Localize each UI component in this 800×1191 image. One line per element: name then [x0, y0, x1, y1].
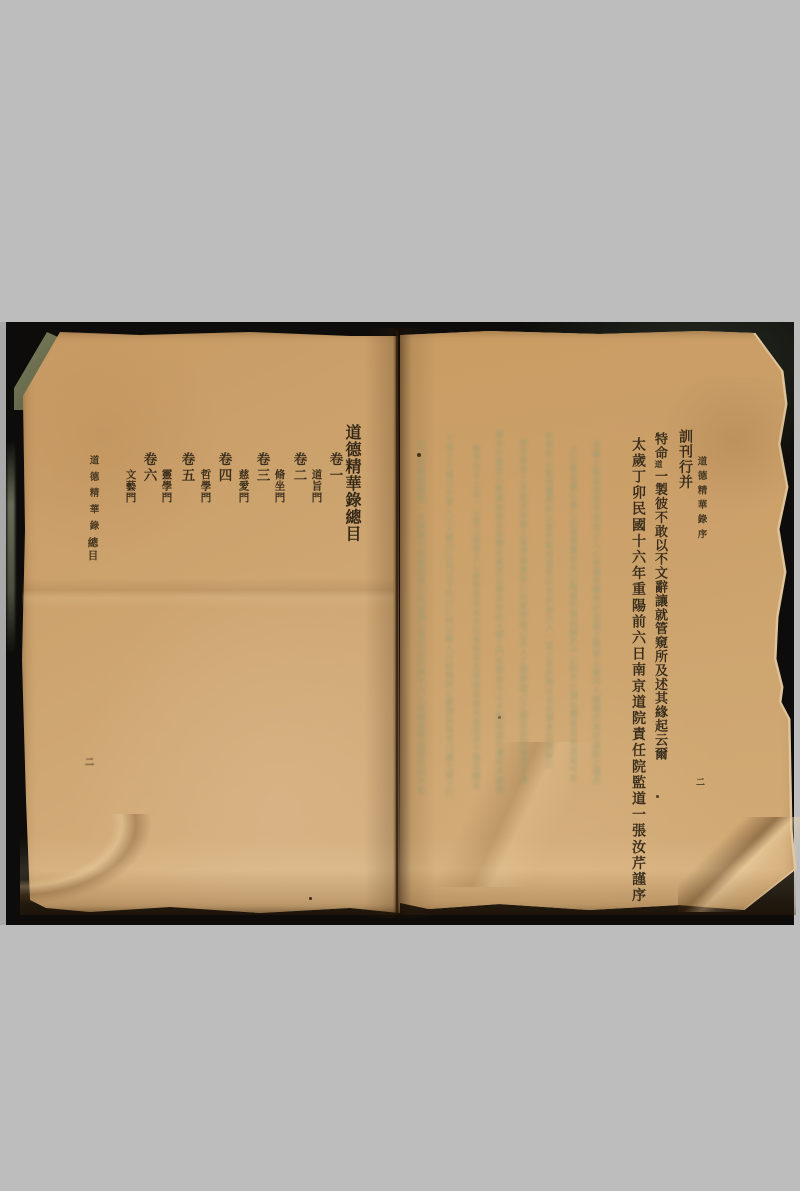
- paper-speck: [309, 897, 312, 900]
- showthrough-column: 文以載道藝以養心詩書禮樂皆所以陶淑性情而歸於中正和平之域也覽者其致意焉可也: [568, 446, 577, 783]
- toc-volume-1: 卷一: [327, 452, 341, 484]
- preface-trailing-line: 訓刊行并: [678, 429, 692, 490]
- toc-volume-6: 卷六: [141, 452, 155, 484]
- toc-volume-3: 卷三: [254, 452, 268, 484]
- showthrough-column: 哲學所以窮理靈學所以盡性窮理盡性以至於命天人一貫之旨於斯可見矣學者宜深味之: [544, 432, 553, 769]
- showthrough-column: 修齊治平之道一以貫之誠意正心格物致知本末先後知所次第則近道矣是故君子慎其獨也: [471, 444, 480, 790]
- toc-title: 道德精華錄總目: [344, 424, 360, 542]
- showthrough-column: 道心惟微惟精惟一允執厥中聖賢相傳心法道德之要旨也世風不古人欲橫流聖道湮沒而不彰: [416, 440, 425, 795]
- right-page-number: 二: [694, 777, 703, 786]
- toc-section-3: 慈愛門: [238, 469, 249, 503]
- toc-section-5: 靈學門: [161, 469, 172, 503]
- left-page-margin-label: 道德精華錄總目: [87, 455, 110, 563]
- paper-speck: [417, 453, 421, 457]
- scan-mat: 道心惟微惟精惟一允執厥中聖賢相傳心法道德之要旨也世風不古人欲橫流聖道湮沒而不彰 …: [6, 322, 794, 925]
- left-page-number: 二: [83, 757, 92, 766]
- preface-main-prefix: 特命: [652, 432, 667, 460]
- showthrough-column: 是編之輯蓋欲挽世道而正人心俾讀者曉然於道德之精華云爾同人謹識於南京道院之壇次: [591, 440, 600, 786]
- page-edge-sliver-strip: [7, 440, 15, 655]
- toc-volume-2: 卷二: [291, 452, 305, 484]
- preface-main-rest: 一製彼不敢以不文辭讓就管窺所及述其緣起云爾: [652, 469, 667, 761]
- scanned-book-viewer: 道心惟微惟精惟一允執厥中聖賢相傳心法道德之要旨也世風不古人欲橫流聖道湮沒而不彰 …: [0, 0, 800, 1191]
- toc-volume-4: 卷四: [216, 452, 230, 484]
- right-page-margin-label: 道德精華錄序: [696, 456, 715, 543]
- gutter-fold-line: [396, 330, 398, 914]
- toc-section-1: 道旨門: [311, 469, 322, 503]
- showthrough-column: 靜坐存養澄心默識涵養本原變化氣質以復其初此入德之門也學者不可不勉焉道在邇而求諸遠: [494, 430, 503, 794]
- toc-section-4: 哲學門: [200, 469, 211, 503]
- left-page-paper: [20, 330, 400, 915]
- left-margin-section-label: 總目: [87, 537, 98, 563]
- preface-date-signature-line: 太歲丁卯民國十六年重陽前六日南京道院責任院監道一張汝芹謹序: [631, 437, 645, 904]
- toc-section-2: 脩坐門: [274, 469, 285, 503]
- showthrough-column: 慈者萬善之本愛者眾德之基博施濟眾仁民愛物推己及人之謂恕盡己之謂忠忠恕違道不遠: [518, 438, 527, 784]
- preface-main-line: 特命道一製彼不敢以不文辭讓就管窺所及述其緣起云爾: [653, 432, 666, 761]
- left-margin-book-title: 道德精華錄: [88, 455, 99, 537]
- toc-section-6: 文藝門: [125, 469, 136, 503]
- paper-speck: [498, 716, 501, 719]
- preface-main-smallchar: 道: [654, 460, 664, 469]
- toc-volume-5: 卷五: [179, 452, 193, 484]
- right-margin-section-label: 序: [696, 529, 706, 544]
- showthrough-column: 天地之大德曰生聖人之大寶曰位何以守位曰仁何以聚人曰財理財正辭禁民為非曰義大道之行: [444, 434, 453, 798]
- right-margin-book-title: 道德精華錄: [696, 456, 707, 529]
- paper-speck: [656, 795, 659, 798]
